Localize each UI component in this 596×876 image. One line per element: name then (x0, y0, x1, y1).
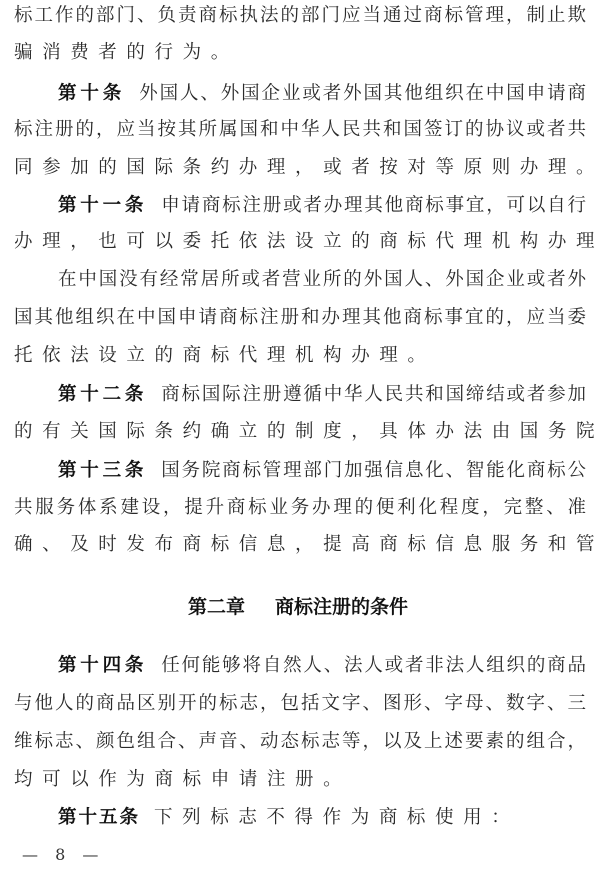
page-number: — 8 — (22, 842, 104, 868)
article-number: 第十四条 (58, 655, 147, 676)
article-12-line: 第十二条商标国际注册遵循中华人民共和国缔结或者参加 (58, 380, 586, 410)
paragraph-line: 确、及时发布商标信息，提高商标信息服务和管理水平。 (14, 530, 586, 560)
article-11-line: 第十一条申请商标注册或者办理其他商标事宜，可以自行 (58, 191, 586, 221)
article-text: 国务院商标管理部门加强信息化、智能化商标公 (161, 460, 586, 481)
article-13-line: 第十三条国务院商标管理部门加强信息化、智能化商标公 (58, 456, 586, 486)
paragraph-line: 同参加的国际条约办理，或者按对等原则办理。 (14, 153, 586, 183)
paragraph-line: 共服务体系建设，提升商标业务办理的便利化程度，完整、准 (14, 493, 586, 523)
paragraph-line: 在中国没有经常居所或者营业所的外国人、外国企业或者外 (58, 265, 586, 295)
chapter-number: 第二章 (188, 596, 245, 618)
article-text: 申请商标注册或者办理其他商标事宜，可以自行 (161, 195, 586, 216)
article-number: 第十三条 (58, 460, 147, 481)
chapter-heading: 第二章商标注册的条件 (0, 592, 596, 622)
article-number: 第十条 (58, 83, 125, 104)
paragraph-line: 均可以作为商标申请注册。 (14, 765, 586, 795)
article-text: 下列标志不得作为商标使用： (154, 807, 519, 828)
article-text: 任何能够将自然人、法人或者非法人组织的商品 (161, 655, 586, 676)
article-number: 第十一条 (58, 195, 147, 216)
article-15-line: 第十五条下列标志不得作为商标使用： (58, 803, 586, 833)
article-text: 商标国际注册遵循中华人民共和国缔结或者参加 (161, 384, 586, 405)
paragraph-line: 维标志、颜色组合、声音、动态标志等，以及上述要素的组合， (14, 727, 586, 757)
paragraph-line: 标注册的，应当按其所属国和中华人民共和国签订的协议或者共 (14, 115, 586, 145)
paragraph-line: 办理，也可以委托依法设立的商标代理机构办理。 (14, 227, 586, 257)
paragraph-line: 国其他组织在中国申请商标注册和办理其他商标事宜的，应当委 (14, 303, 586, 333)
article-number: 第十五条 (58, 807, 140, 828)
paragraph-line: 与他人的商品区别开的标志，包括文字、图形、字母、数字、三 (14, 689, 586, 719)
article-text: 外国人、外国企业或者外国其他组织在中国申请商 (139, 83, 586, 104)
chapter-title: 商标注册的条件 (275, 596, 408, 618)
article-10-line: 第十条外国人、外国企业或者外国其他组织在中国申请商 (58, 79, 586, 109)
paragraph-line: 托依法设立的商标代理机构办理。 (14, 341, 586, 371)
article-number: 第十二条 (58, 384, 147, 405)
paragraph-line: 的有关国际条约确立的制度，具体办法由国务院规定。 (14, 417, 586, 447)
paragraph-line: 骗消费者的行为。 (14, 38, 586, 68)
article-14-line: 第十四条任何能够将自然人、法人或者非法人组织的商品 (58, 651, 586, 681)
paragraph-line: 标工作的部门、负责商标执法的部门应当通过商标管理，制止欺 (14, 1, 586, 31)
